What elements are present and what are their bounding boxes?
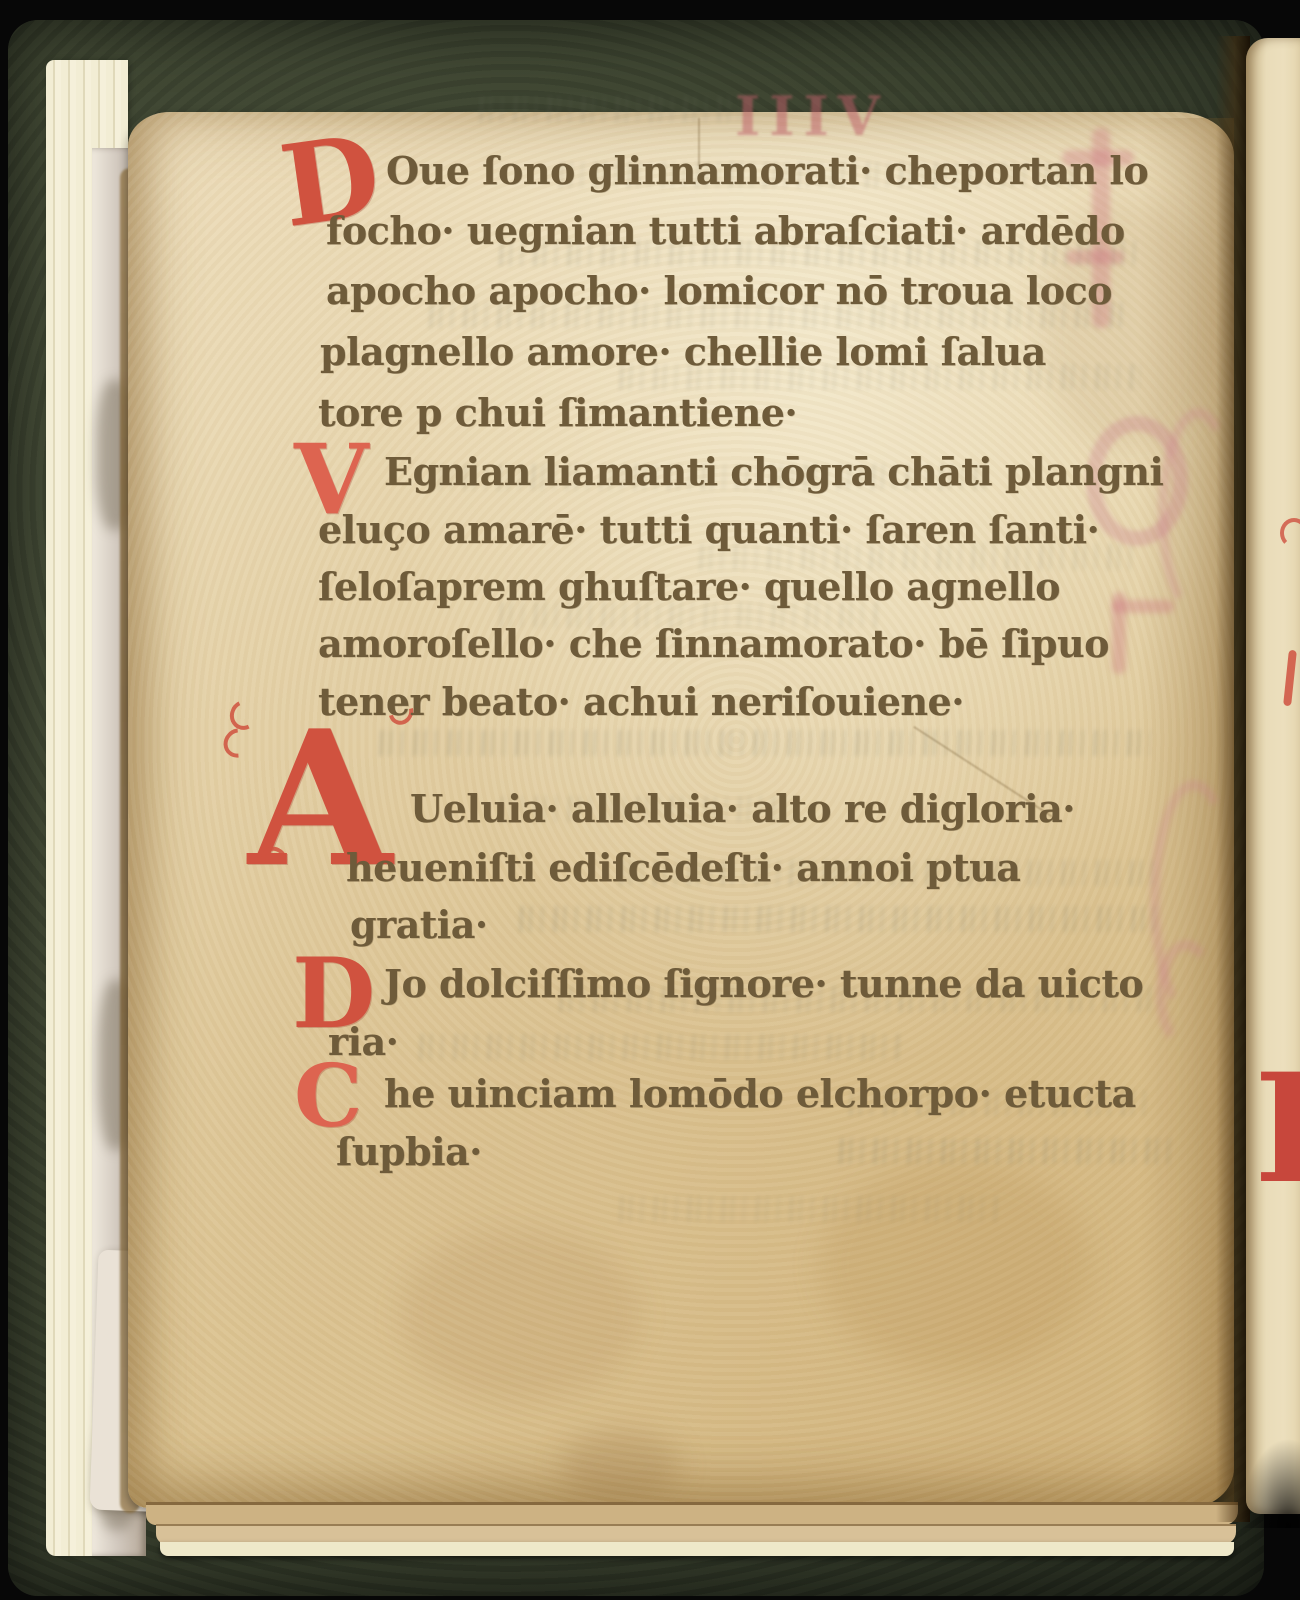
text-line: gratia· — [350, 902, 488, 948]
text-line: heueniſti ediſcēdeſti· annoi ptua — [346, 845, 1020, 891]
showthrough-text-line — [479, 96, 740, 122]
parchment-stain — [820, 1160, 1090, 1370]
text-line: apocho apocho· lomicor nō troua loco — [326, 268, 1112, 314]
folio-number-showthrough: IIIV — [735, 84, 889, 148]
text-line: focho· uegnian tutti abraſciati· ardēdo — [326, 208, 1125, 254]
text-line: plagnello amore· chellie lomi ſalua — [320, 329, 1046, 375]
showthrough-text-line — [379, 730, 1150, 756]
showthrough-text-line — [419, 1034, 900, 1060]
rubric-initial-C: C — [294, 1054, 362, 1140]
facing-page-initial: I — [1254, 1066, 1300, 1194]
text-line: Ueluia· alleluia· alto re digloria· — [410, 786, 1075, 832]
text-line: he uinciam lomōdo elchorpo· etucta — [384, 1071, 1136, 1117]
showthrough-text-line — [619, 1196, 1000, 1222]
showthrough-red-initial — [1112, 600, 1174, 613]
text-line: ria· — [328, 1019, 398, 1065]
showthrough-text-line — [519, 906, 1160, 932]
leaf-under-edge — [156, 1524, 1236, 1544]
text-line: tener beato· achui neriſouiene· — [318, 679, 964, 725]
facing-page-red-stroke — [1283, 650, 1297, 707]
text-line: Egnian liamanti chōgrā chāti plangni — [384, 449, 1163, 495]
parchment-stain — [400, 1230, 640, 1400]
text-line: ſupbia· — [336, 1129, 482, 1175]
facing-page-sliver: I — [1246, 38, 1300, 1514]
text-line: ſeloſaprem ghuſtare· quello agnello — [318, 564, 1060, 610]
page-bottom-shadow — [1240, 1438, 1300, 1528]
showthrough-text-line — [839, 1138, 1170, 1164]
text-line: amoroſello· che ſinnamorato· bē ſipuo — [318, 621, 1109, 667]
text-line: eluço amarē· tutti quanti· ſaren ſanti· — [318, 507, 1099, 553]
facing-page-red-flourish — [1280, 518, 1300, 548]
parchment-stain — [560, 1430, 680, 1500]
text-line: Oue ſono glinnamorati· cheportan lo — [386, 148, 1148, 194]
text-line: Jo dolciſſimo ſignore· tunne da uicto — [384, 961, 1143, 1007]
showthrough-red-flourish — [1156, 940, 1216, 1050]
text-line: tore p chui ſimantiene· — [318, 390, 797, 436]
leaf-under-edge — [146, 1502, 1238, 1525]
gutter-shadow — [1216, 36, 1250, 1522]
manuscript-photo: IIIV D V A D C Oue ſono glinnamorati· ch… — [0, 0, 1300, 1600]
flyleaf-bottom-edge — [160, 1542, 1234, 1556]
